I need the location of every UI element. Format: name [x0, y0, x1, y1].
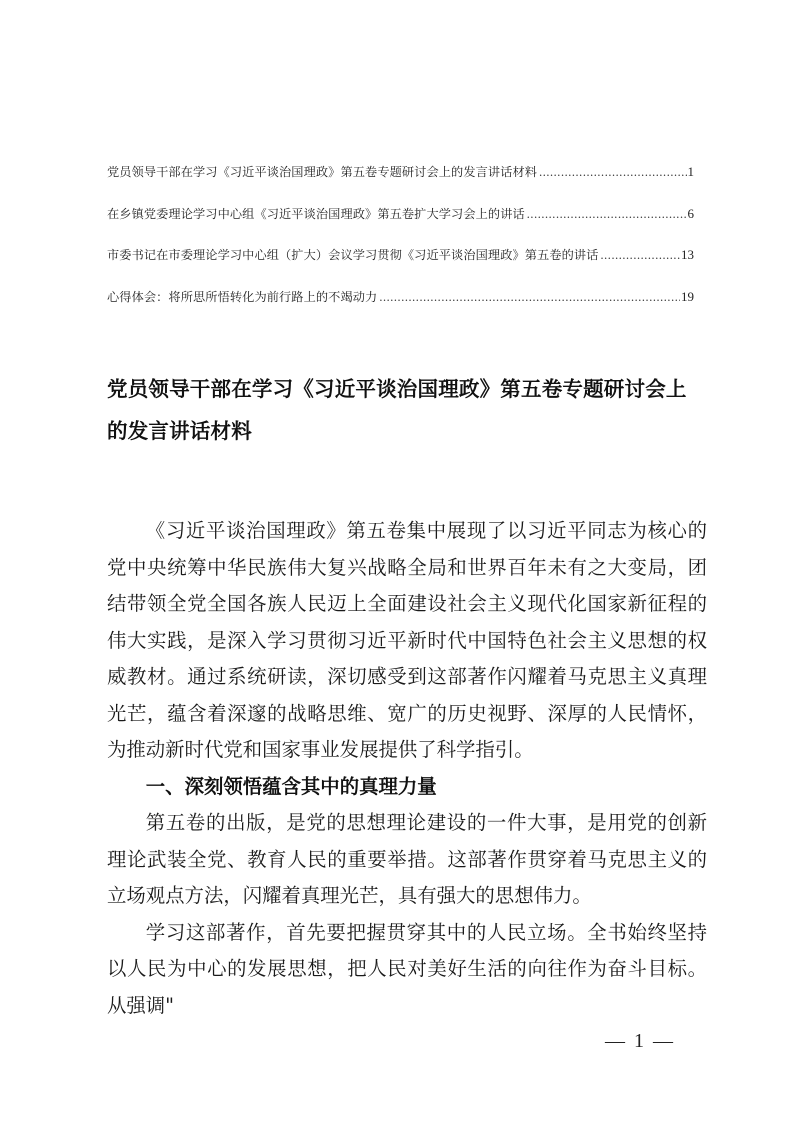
- toc-entry[interactable]: 心得体会：将所思所悟转化为前行路上的不竭动力 19: [107, 285, 694, 327]
- toc-entry-title: 党员领导干部在学习《习近平谈治国理政》第五卷专题研讨会上的发言讲话材料: [107, 160, 537, 184]
- intro-paragraph: 《习近平谈治国理政》第五卷集中展现了以习近平同志为核心的党中央统筹中华民族伟大复…: [107, 513, 707, 769]
- toc-entry-page: 6: [688, 202, 695, 226]
- toc-entry-title: 在乡镇党委理论学习中心组《习近平谈治国理政》第五卷扩大学习会上的讲话: [107, 202, 525, 226]
- toc-entry-page: 1: [688, 160, 695, 184]
- document-title: 党员领导干部在学习《习近平谈治国理政》第五卷专题研讨会上的发言讲话材料: [107, 368, 707, 452]
- section-heading: 一、深刻领悟蕴含其中的真理力量: [107, 769, 707, 806]
- body-paragraph: 学习这部著作，首先要把握贯穿其中的人民立场。全书始终坚持以人民为中心的发展思想，…: [107, 915, 707, 1025]
- toc-entry-title: 市委书记在市委理论学习中心组（扩大）会议学习贯彻《习近平谈治国理政》第五卷的讲话: [107, 243, 599, 267]
- page-number: — 1 —: [600, 1030, 680, 1053]
- toc-leader-dots: [601, 243, 681, 267]
- toc-entry[interactable]: 党员领导干部在学习《习近平谈治国理政》第五卷专题研讨会上的发言讲话材料 1: [107, 160, 694, 202]
- toc-entry-title: 心得体会：将所思所悟转化为前行路上的不竭动力: [107, 285, 377, 309]
- toc-entry-page: 13: [681, 243, 694, 267]
- toc-entry[interactable]: 在乡镇党委理论学习中心组《习近平谈治国理政》第五卷扩大学习会上的讲话 6: [107, 202, 694, 244]
- body-paragraph: 第五卷的出版，是党的思想理论建设的一件大事，是用党的创新理论武装全党、教育人民的…: [107, 805, 707, 915]
- toc-entry-page: 19: [681, 285, 694, 309]
- toc-leader-dots: [527, 202, 687, 226]
- toc-leader-dots: [539, 160, 686, 184]
- toc-entry[interactable]: 市委书记在市委理论学习中心组（扩大）会议学习贯彻《习近平谈治国理政》第五卷的讲话…: [107, 243, 694, 285]
- toc-leader-dots: [379, 285, 680, 309]
- document-body: 《习近平谈治国理政》第五卷集中展现了以习近平同志为核心的党中央统筹中华民族伟大复…: [107, 513, 707, 1024]
- table-of-contents: 党员领导干部在学习《习近平谈治国理政》第五卷专题研讨会上的发言讲话材料 1 在乡…: [107, 160, 694, 326]
- document-page: 党员领导干部在学习《习近平谈治国理政》第五卷专题研讨会上的发言讲话材料 1 在乡…: [0, 0, 793, 1122]
